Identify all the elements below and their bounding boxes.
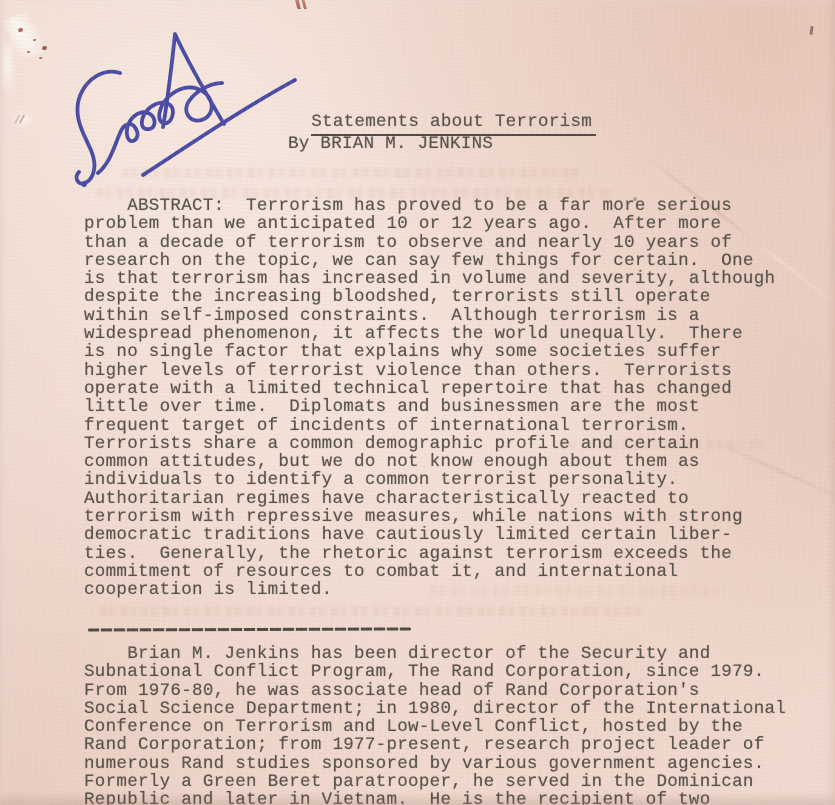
text-line: individuals to identify a common terrori… — [84, 471, 824, 489]
text-line: higher levels of terrorist violence than… — [84, 362, 824, 380]
ink-speck — [809, 26, 813, 35]
text-line: numerous Rand studies sponsored by vario… — [84, 755, 829, 773]
text-line: Terrorists share a common demographic pr… — [84, 435, 824, 453]
text-line: operate with a limited technical reperto… — [84, 380, 824, 398]
text-line: Social Science Department; in 1980, dire… — [84, 700, 829, 718]
scanned-document-page: Statements about Terrorism By BRIAN M. J… — [0, 0, 835, 805]
text-line: Republic and later in Vietnam. He is the… — [84, 791, 829, 805]
scuff-mark — [12, 110, 34, 128]
text-line: ties. Generally, the rhetoric against te… — [84, 545, 824, 563]
text-line: widespread phenomenon, it affects the wo… — [84, 325, 824, 343]
text-line: Formerly a Green Beret paratrooper, he s… — [84, 773, 829, 791]
byline: By BRIAN M. JENKINS — [288, 135, 493, 153]
text-line: Conference on Terrorism and Low-Level Co… — [84, 718, 829, 736]
text-line: terrorism with repressive measures, whil… — [84, 508, 824, 526]
text-line: research on the topic, we can say few th… — [84, 252, 824, 270]
text-line: common attitudes, but we do not know eno… — [84, 453, 824, 471]
text-line: Authoritarian regimes have characteristi… — [84, 490, 824, 508]
text-line: problem than we anticipated 10 or 12 yea… — [84, 215, 824, 233]
red-edge-mark — [288, 0, 310, 9]
text-line: is that terrorism has increased in volum… — [84, 270, 824, 288]
text-line: than a decade of terrorism to observe an… — [84, 234, 824, 252]
author-footnote-paragraph: Brian M. Jenkins has been director of th… — [84, 645, 829, 805]
text-line: within self-imposed constraints. Althoug… — [84, 307, 824, 325]
text-line: cooperation is limited. — [84, 581, 824, 599]
text-line: despite the increasing bloodshed, terror… — [84, 288, 824, 306]
text-line: frequent target of incidents of internat… — [84, 417, 824, 435]
text-line: is no single factor that explains why so… — [84, 343, 824, 361]
document-title-text: Statements about Terrorism — [311, 112, 596, 136]
text-line: Rand Corporation; from 1977-present, res… — [84, 736, 829, 754]
bleedthrough-text — [100, 606, 645, 616]
footnote-separator-line — [88, 627, 411, 631]
text-line: Subnational Conflict Program, The Rand C… — [84, 663, 829, 681]
abstract-paragraph: ABSTRACT: Terrorism has proved to be a f… — [84, 197, 824, 600]
text-line: Brian M. Jenkins has been director of th… — [84, 645, 829, 663]
paper-scratch — [0, 42, 16, 98]
text-line: ABSTRACT: Terrorism has proved to be a f… — [84, 197, 824, 215]
text-line: From 1976-80, he was associate head of R… — [84, 682, 829, 700]
text-line: democratic traditions have cautiously li… — [84, 526, 824, 544]
text-line: little over time. Diplomats and business… — [84, 398, 824, 416]
text-line: commitment of resources to combat it, an… — [84, 563, 824, 581]
